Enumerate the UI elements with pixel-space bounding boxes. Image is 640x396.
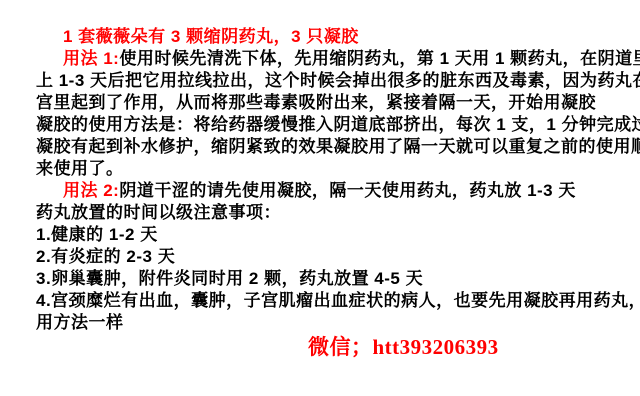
document-body: 1 套薇薇朵有 3 颗缩阴药丸，3 只凝胶用法 1:使用时候先清洗下体，先用缩阴…	[36, 26, 626, 334]
text-line: 上 1-3 天后把它用拉线拉出，这个时候会掉出很多的脏东西及毒素，因为药丸在子	[36, 70, 626, 92]
text-line: 3.卵巢囊肿，附件炎同时用 2 颗，药丸放置 4-5 天	[36, 268, 626, 290]
document-page: 1 套薇薇朵有 3 颗缩阴药丸，3 只凝胶用法 1:使用时候先清洗下体，先用缩阴…	[0, 0, 640, 396]
text-line: 药丸放置的时间以级注意事项：	[36, 202, 626, 224]
text-line: 来使用了。	[36, 158, 626, 180]
body-text-segment: 来使用了。	[36, 159, 124, 178]
highlight-text-segment: 1 套薇薇朵有 3 颗缩阴药丸，3 只凝胶	[63, 27, 359, 46]
text-line: 用法 2:阴道干涩的请先使用凝胶，隔一天使用药丸，药丸放 1-3 天	[36, 180, 626, 202]
text-line: 1.健康的 1-2 天	[36, 224, 626, 246]
body-text-segment: 1.健康的 1-2 天	[36, 225, 158, 244]
wechat-contact-text: 微信；htt393206393	[308, 331, 499, 361]
body-text-segment: 凝胶有起到补水修护，缩阴紧致的效果凝胶用了隔一天就可以重复之前的使用顺序	[36, 137, 640, 156]
text-line: 4.宫颈糜烂有出血，囊肿，子宫肌瘤出血症状的病人，也要先用凝胶再用药丸，使	[36, 290, 626, 312]
text-line: 凝胶的使用方法是：将给药器缓慢推入阴道底部挤出，每次 1 支，1 分钟完成过程	[36, 114, 626, 136]
body-text-segment: 2.有炎症的 2-3 天	[36, 247, 175, 266]
text-line: 用法 1:使用时候先清洗下体，先用缩阴药丸，第 1 天用 1 颗药丸，在阴道里放	[36, 48, 626, 70]
text-line: 宫里起到了作用，从而将那些毒素吸附出来，紧接着隔一天，开始用凝胶	[36, 92, 626, 114]
highlight-text-segment: 用法 1:	[63, 49, 119, 68]
body-text-segment: 用方法一样	[36, 313, 124, 332]
body-text-segment: 4.宫颈糜烂有出血，囊肿，子宫肌瘤出血症状的病人，也要先用凝胶再用药丸，使	[36, 291, 640, 310]
body-text-segment: 宫里起到了作用，从而将那些毒素吸附出来，紧接着隔一天，开始用凝胶	[36, 93, 596, 112]
text-line: 2.有炎症的 2-3 天	[36, 246, 626, 268]
body-text-segment: 使用时候先清洗下体，先用缩阴药丸，第 1 天用 1 颗药丸，在阴道里放	[119, 49, 640, 68]
highlight-text-segment: 用法 2:	[63, 181, 119, 200]
body-text-segment: 3.卵巢囊肿，附件炎同时用 2 颗，药丸放置 4-5 天	[36, 269, 423, 288]
body-text-segment: 药丸放置的时间以级注意事项：	[36, 203, 281, 222]
body-text-segment: 阴道干涩的请先使用凝胶，隔一天使用药丸，药丸放 1-3 天	[119, 181, 576, 200]
text-line: 1 套薇薇朵有 3 颗缩阴药丸，3 只凝胶	[36, 26, 626, 48]
body-text-segment: 上 1-3 天后把它用拉线拉出，这个时候会掉出很多的脏东西及毒素，因为药丸在子	[36, 71, 640, 90]
text-line: 凝胶有起到补水修护，缩阴紧致的效果凝胶用了隔一天就可以重复之前的使用顺序	[36, 136, 626, 158]
body-text-segment: 凝胶的使用方法是：将给药器缓慢推入阴道底部挤出，每次 1 支，1 分钟完成过程	[36, 115, 640, 134]
